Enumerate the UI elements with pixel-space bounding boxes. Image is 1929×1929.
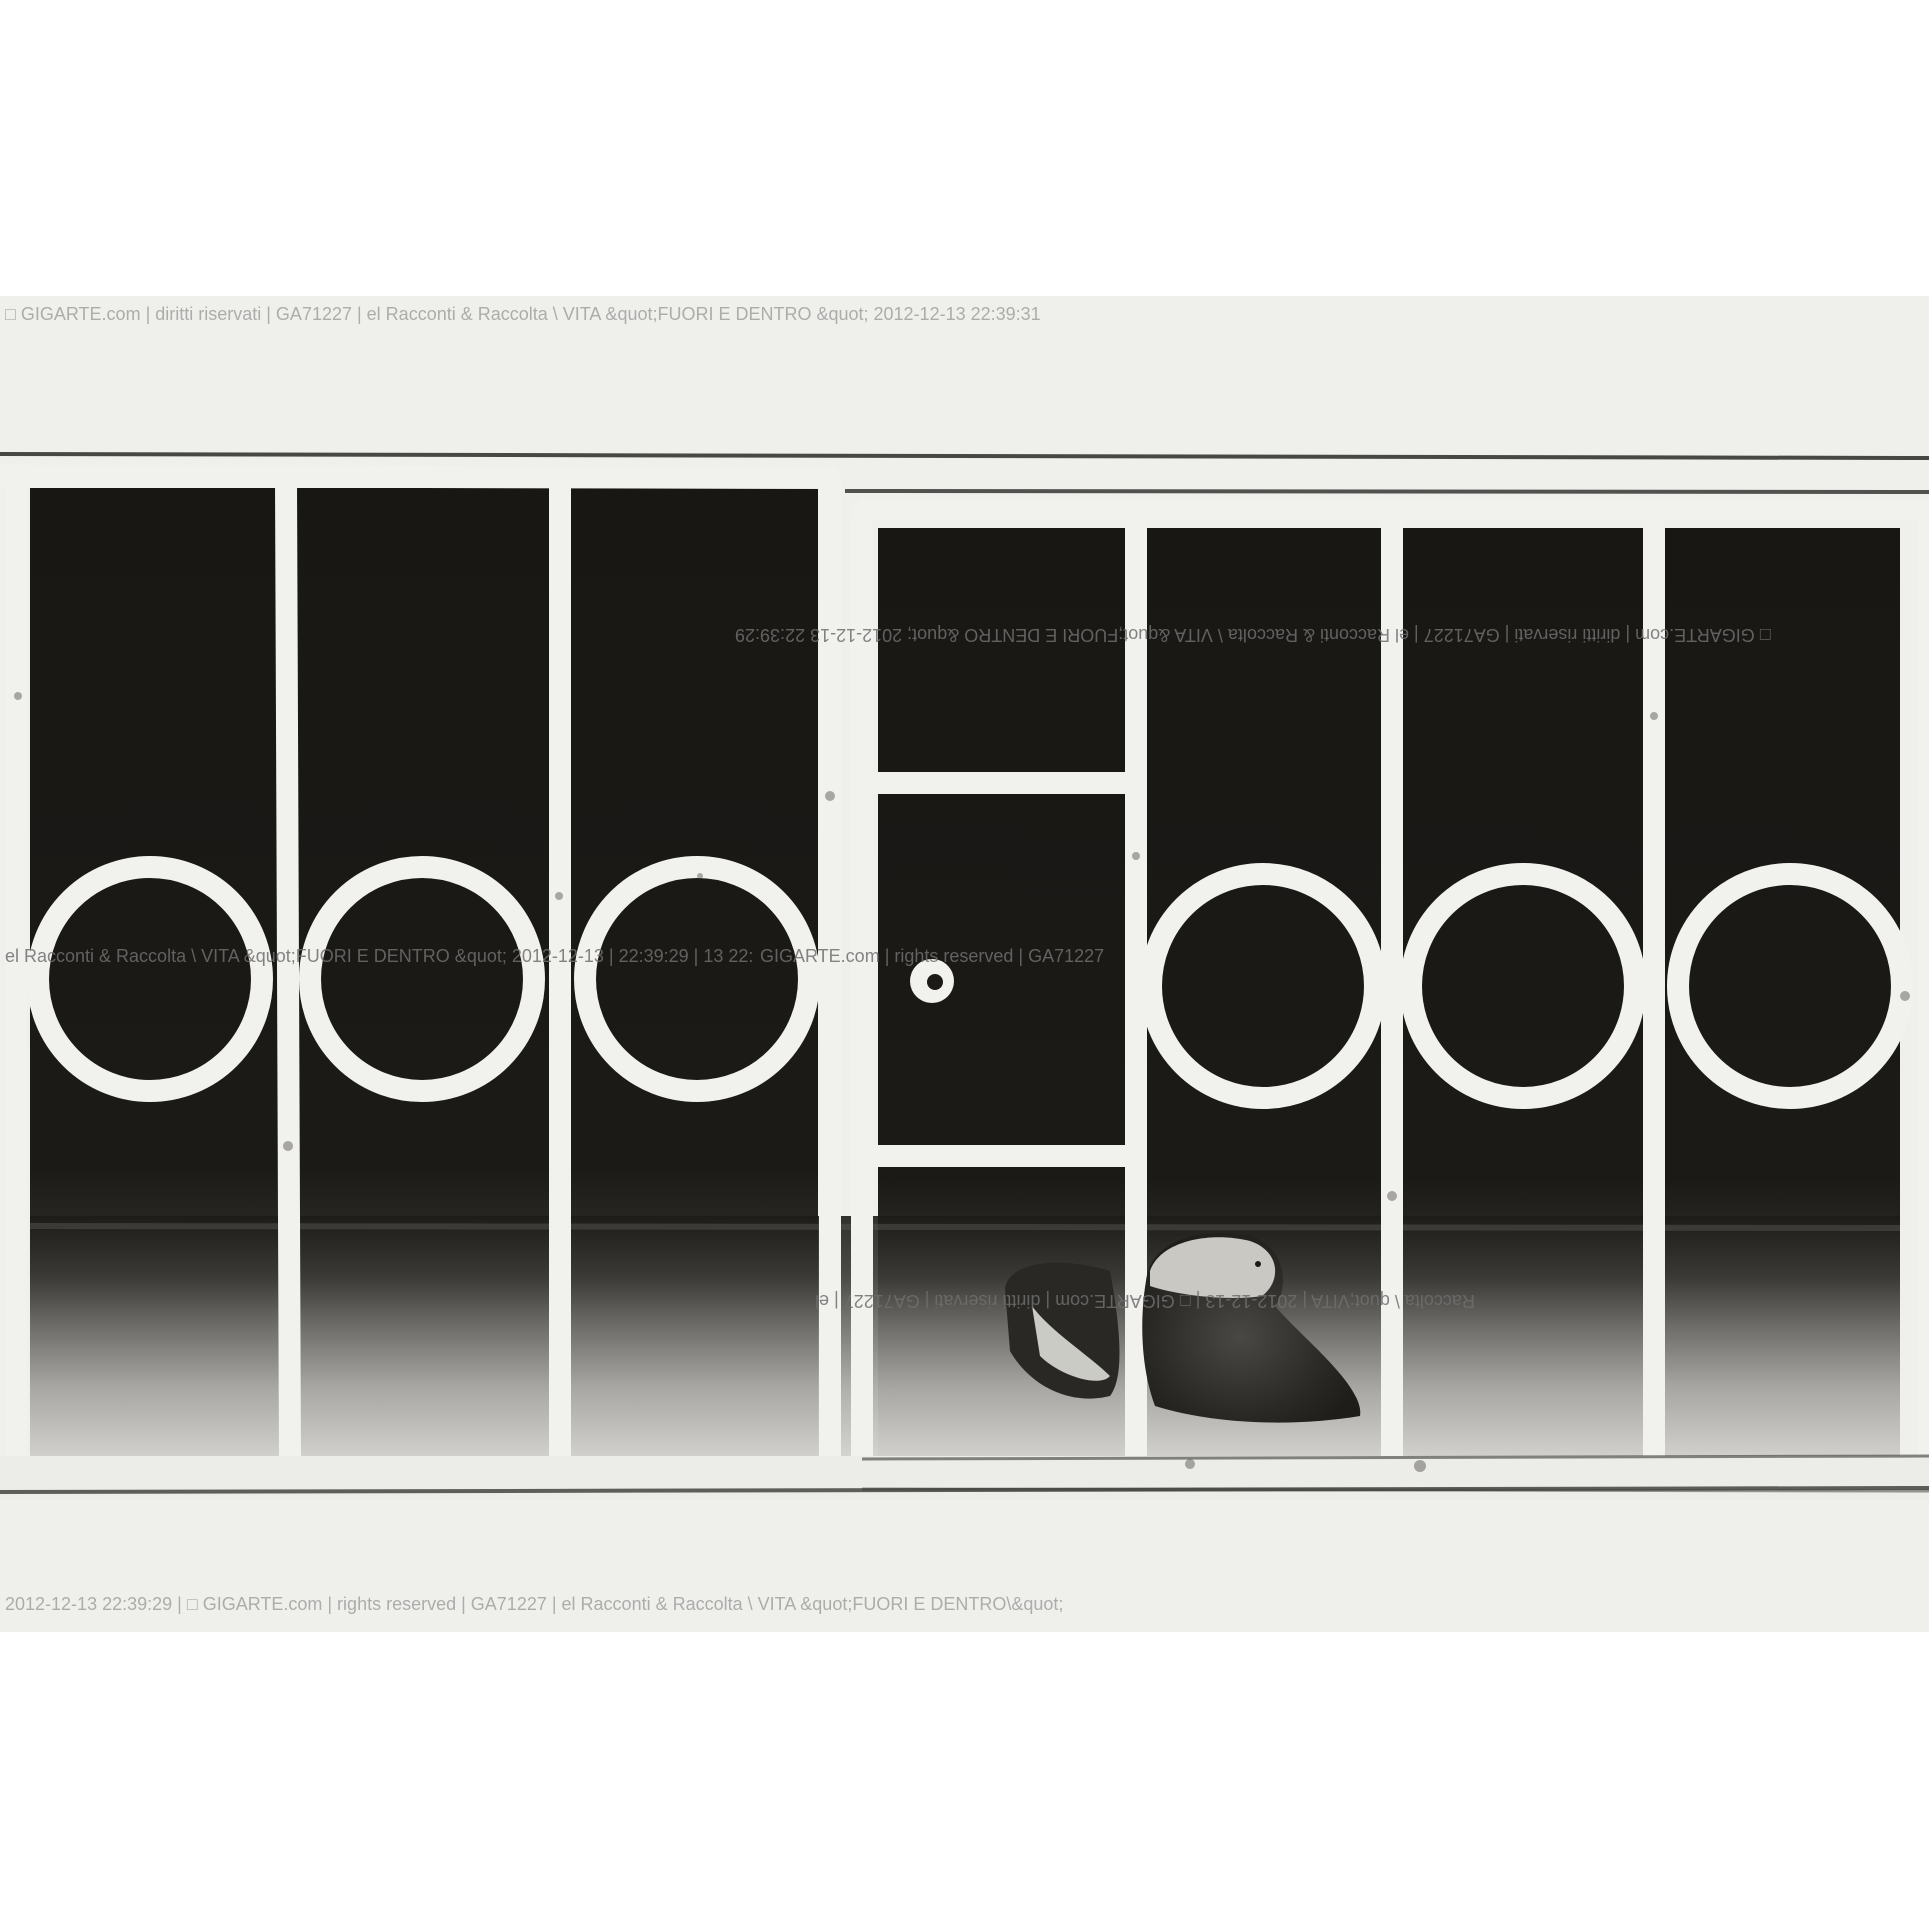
grille-scene [0,296,1929,1632]
photograph: □ GIGARTE.com | diritti riservati | GA71… [0,296,1929,1632]
